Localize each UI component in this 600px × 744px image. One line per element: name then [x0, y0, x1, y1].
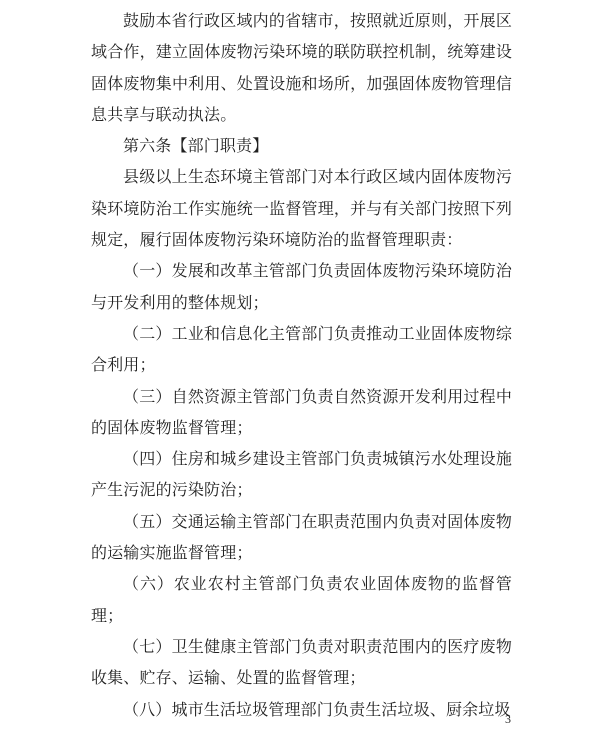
document-body: 鼓励本省行政区域内的省辖市，按照就近原则，开展区域合作，建立固体废物污染环境的联…: [91, 6, 512, 726]
paragraph-item-2: （二）工业和信息化主管部门负责推动工业固体废物综合利用；: [91, 319, 512, 382]
paragraph-item-5: （五）交通运输主管部门在职责范围内负责对固体废物的运输实施监督管理；: [91, 507, 512, 570]
paragraph-region-cooperation: 鼓励本省行政区域内的省辖市，按照就近原则，开展区域合作，建立固体废物污染环境的联…: [91, 6, 512, 131]
paragraph-item-4: （四）住房和城乡建设主管部门负责城镇污水处理设施产生污泥的污染防治；: [91, 444, 512, 507]
paragraph-item-7: （七）卫生健康主管部门负责对职责范围内的医疗废物收集、贮存、运输、处置的监督管理…: [91, 632, 512, 695]
paragraph-item-3: （三）自然资源主管部门负责自然资源开发利用过程中的固体废物监督管理；: [91, 382, 512, 445]
document-page: 鼓励本省行政区域内的省辖市，按照就近原则，开展区域合作，建立固体废物污染环境的联…: [0, 0, 600, 744]
article-6-heading: 第六条【部门职责】: [91, 131, 512, 162]
page-number: 3: [500, 712, 516, 727]
paragraph-item-6: （六）农业农村主管部门负责农业固体废物的监督管理；: [91, 569, 512, 632]
paragraph-item-1: （一）发展和改革主管部门负责固体废物污染环境防治与开发利用的整体规划；: [91, 256, 512, 319]
paragraph-item-8: （八）城市生活垃圾管理部门负责生活垃圾、厨余垃圾: [91, 695, 512, 726]
paragraph-supervision-intro: 县级以上生态环境主管部门对本行政区域内固体废物污染环境防治工作实施统一监督管理，…: [91, 162, 512, 256]
